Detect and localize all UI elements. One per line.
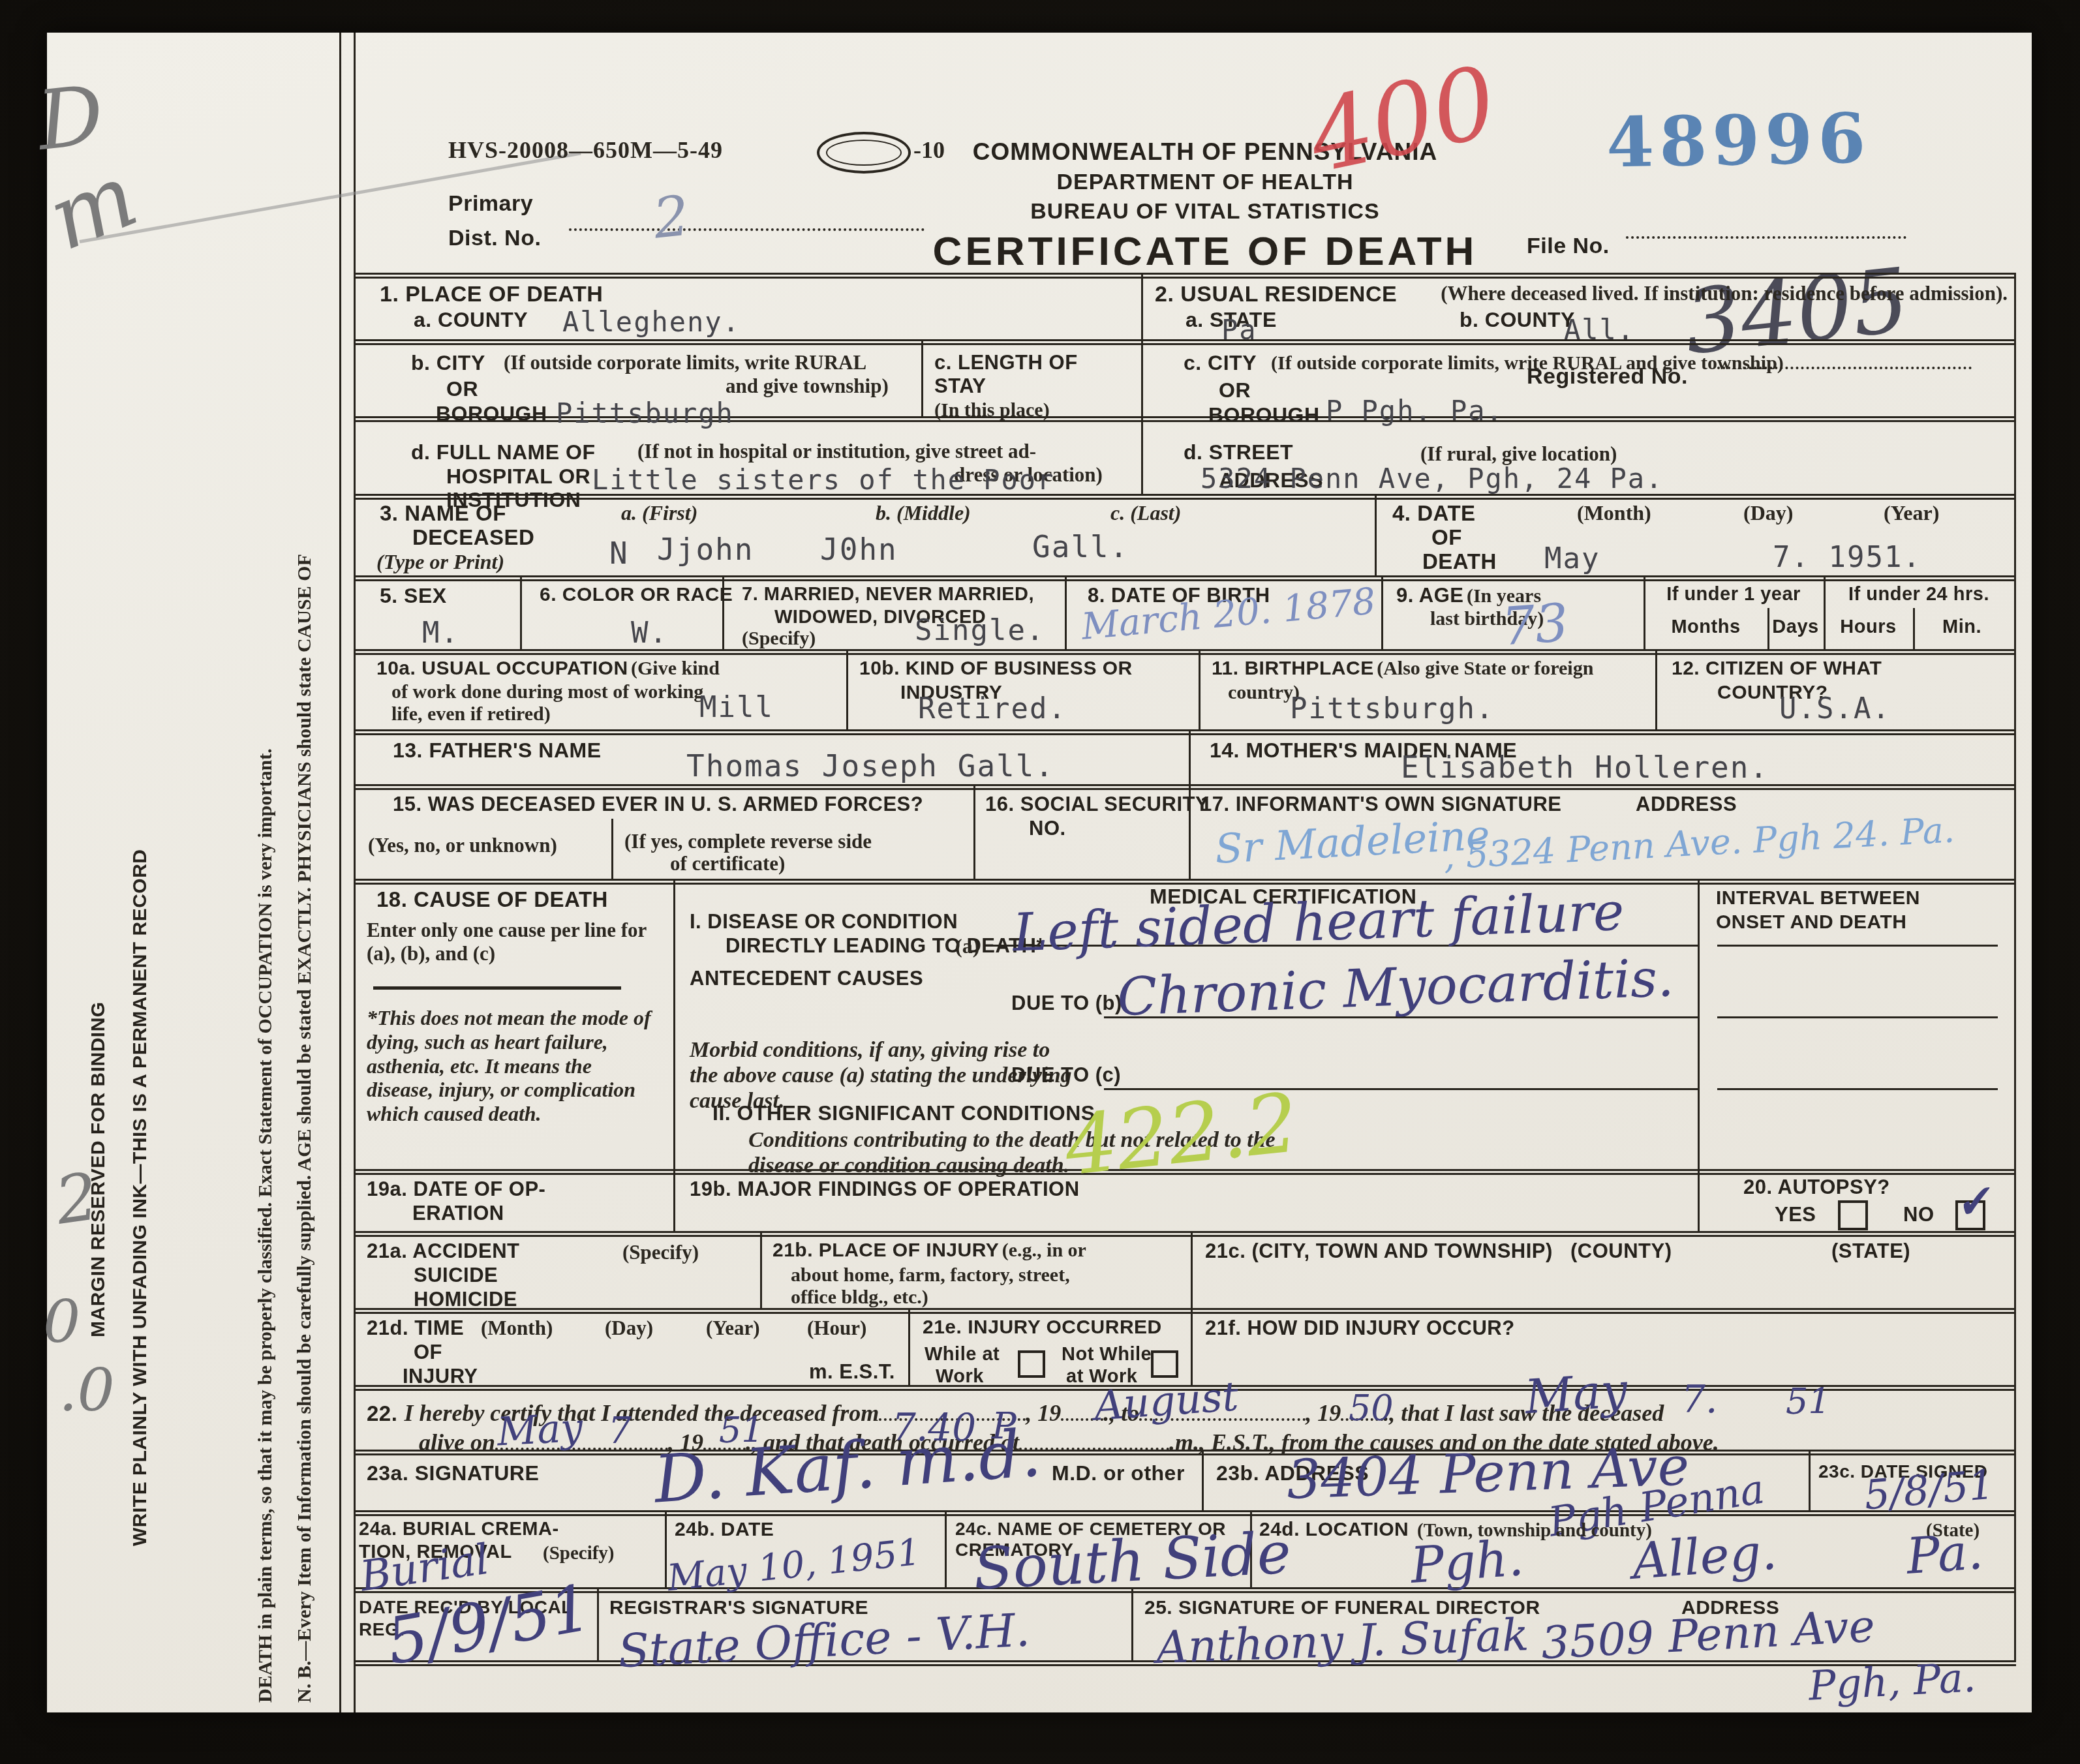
field-3-last-value: Gall. (1032, 530, 1129, 564)
field-6-value: W. (631, 617, 668, 650)
field-23a-md-label: M.D. or other (1052, 1461, 1185, 1485)
field-10a-paren3: life, even if retired) (391, 703, 551, 726)
field-11-paren1: (Also give State or foreign (1377, 658, 1593, 679)
field-2-title: 2. USUAL RESIDENCE (1155, 282, 1397, 307)
field-21c-county-label: (COUNTY) (1570, 1239, 1672, 1263)
field-4-value-dayyear: 7. 1951. (1773, 541, 1921, 575)
field-6-label: 6. COLOR OR RACE (540, 584, 733, 607)
field-12-value: U.S.A. (1779, 693, 1891, 726)
rule-v (1131, 1587, 1133, 1660)
field-1b-paren2: and give township) (726, 374, 889, 398)
field-12-label: 12. CITIZEN OF WHAT (1672, 658, 1882, 680)
field-21b-paren1: (e.g., in or (1002, 1239, 1086, 1261)
field-21a-specify: (Specify) (622, 1241, 699, 1264)
rule-v (973, 784, 975, 879)
field-9-days-label: Days (1767, 616, 1824, 638)
field-3-middle-value: J0hn (820, 532, 898, 567)
attended-from-value: August (1093, 1373, 1240, 1429)
field-19a-label2: ERATION (412, 1202, 504, 1225)
field-1a-value: Allegheny. (562, 307, 741, 338)
field-20-label: 20. AUTOPSY? (1743, 1176, 1890, 1199)
interval-label: INTERVAL BETWEEN (1716, 887, 1920, 910)
attended-from-year: 50 (1349, 1388, 1394, 1429)
margin-binding-note: MARGIN RESERVED FOR BINDING (87, 685, 110, 1337)
field-22-number: 22. (367, 1401, 397, 1425)
field-13-value: Thomas Joseph Gall. (686, 749, 1054, 783)
field-9-under24-label: If under 24 hrs. (1826, 584, 2012, 605)
rule-v (908, 1308, 910, 1385)
field-5-value: M. (422, 617, 459, 650)
rule-v (673, 879, 675, 1231)
field-22-text1: I hereby certify that I attended the dec… (404, 1400, 879, 1426)
dotted-line (1626, 236, 1906, 239)
field-2c-or: OR (1219, 378, 1251, 403)
rule-v (1199, 649, 1201, 729)
rule-v (921, 339, 923, 416)
field-4-year-label: (Year) (1884, 501, 1939, 525)
field-21b-label: 21b. PLACE OF INJURY (772, 1239, 999, 1261)
field-18b-value: Chronic Myocarditis. (1116, 948, 1675, 1027)
field-18a-value: Left sided heart failure (1012, 882, 1625, 964)
field-3b-label: b. (Middle) (876, 501, 971, 525)
due-to-b-label: DUE TO (b) (1011, 992, 1122, 1015)
field-21d-day: (Day) (605, 1316, 653, 1340)
rule-v (2014, 273, 2016, 1662)
field-3c-label: c. (Last) (1110, 501, 1181, 525)
rule-h (1717, 1088, 1998, 1090)
funeral-director-address2: Pgh, Pa. (1807, 1654, 1977, 1709)
field-9-months-label: Months (1645, 616, 1766, 638)
field-1b-or: OR (446, 377, 478, 401)
rule-v (1065, 575, 1067, 649)
file-no-label: File No. (1527, 234, 1610, 259)
rule-v (846, 649, 848, 729)
field-3-value-prefix: N (609, 536, 629, 571)
field-18a-tag: (a) (955, 934, 979, 958)
alive-on-day: 7 (608, 1410, 632, 1452)
field-7-label: 7. MARRIED, NEVER MARRIED, (742, 584, 1034, 605)
field-3-title: 3. NAME OF (380, 501, 506, 526)
rule-v (1809, 1450, 1811, 1510)
field-16-label: 16. SOCIAL SECURITY (985, 793, 1209, 816)
field-10b-label: 10b. KIND OF BUSINESS OR (859, 658, 1133, 680)
field-1b-paren: (If outside corporate limits, write RURA… (504, 351, 866, 374)
field-10a-paren1: (Give kind (631, 658, 720, 679)
rule-h (354, 575, 2016, 581)
field-2c-value: P Pgh. Pa. (1326, 395, 1504, 427)
certificate-paper: MARGIN RESERVED FOR BINDING WRITE PLAINL… (47, 33, 2032, 1712)
field-24d-label: 24d. LOCATION (1259, 1519, 1409, 1542)
form-number: HVS-20008—650M—5-49 (448, 137, 723, 164)
field-19a-label: 19a. DATE OF OP- (367, 1178, 545, 1201)
field-4-month-label: (Month) (1577, 501, 1651, 525)
field-1c-label: c. LENGTH OF STAY (934, 351, 1124, 397)
field-1b-label: b. CITY (411, 351, 485, 375)
location-town-value: Pgh. (1409, 1529, 1525, 1594)
field-21b-paren3: office bldg., etc.) (791, 1286, 928, 1309)
field-5-label: 5. SEX (380, 584, 447, 608)
field-21c-state-label: (STATE) (1831, 1239, 1910, 1263)
field-9-value: 73 (1500, 593, 1570, 658)
rule-h (354, 1308, 2016, 1314)
field-23a-label: 23a. SIGNATURE (367, 1461, 539, 1485)
field-2c-label: c. CITY (1184, 351, 1257, 375)
field-2d-value: 5324 Penn Ave, Pgh, 24 Pa. (1201, 463, 1663, 494)
field-4-value-month: May (1544, 543, 1600, 576)
field-21e-notwhile-label: Not While (1062, 1344, 1152, 1365)
autopsy-no-checkmark: ✔ (1951, 1177, 1995, 1230)
field-21d-label: 21d. TIME (367, 1316, 464, 1340)
field-18-ii-label: II. OTHER SIGNIFICANT CONDITIONS (712, 1101, 1095, 1125)
dist-no-label: Dist. No. (448, 226, 541, 251)
dist-no-value: 2 (650, 184, 692, 251)
field-10b-value: Retired. (918, 693, 1067, 726)
field-20-yes-label: YES (1775, 1203, 1816, 1226)
primary-label: Primary (448, 191, 533, 217)
rule-h (354, 273, 2016, 279)
field-19b-label: 19b. MAJOR FINDINGS OF OPERATION (690, 1178, 1080, 1201)
bureau-line: BUREAU OF VITAL STATISTICS (814, 199, 1597, 224)
location-state-value: Pa. (1904, 1523, 1985, 1585)
field-4-day-label: (Day) (1743, 501, 1793, 525)
field-17-address-value: , 5324 Penn Ave. Pgh 24. Pa. (1443, 810, 1955, 877)
margin-nb-note-line2: DEATH in plain terms, so that it may be … (254, 248, 277, 1703)
margin-nb-note-line1: N. B.—Every Item of Information should b… (294, 248, 316, 1703)
rule-h (354, 784, 2016, 790)
field-18-i-label2: DIRECTLY LEADING TO DEATH* (726, 934, 1045, 958)
rule-v (1141, 273, 1143, 494)
field-24a-specify: (Specify) (543, 1543, 615, 1564)
field-4-title3: DEATH (1422, 549, 1497, 574)
rule-h (373, 986, 621, 990)
field-1d-paren: (If not in hospital or institution, give… (637, 440, 1036, 463)
field-18-note2: *This does not mean the mode of dying, s… (367, 1006, 660, 1126)
rule-v (760, 1231, 762, 1308)
field-10a-paren2: of work done during most of working (391, 681, 703, 704)
field-24b-label: 24b. DATE (675, 1519, 774, 1542)
pencil-mark: 0 (43, 1288, 80, 1356)
field-3-type-print: (Type or Print) (376, 550, 504, 574)
field-21e-while-label2: Work (936, 1366, 984, 1388)
field-2c-borough: BOROUGH (1208, 403, 1320, 427)
field-21f-label: 21f. HOW DID INJURY OCCUR? (1205, 1316, 1515, 1340)
rule-v (597, 1587, 599, 1660)
due-to-c-label: DUE TO (c) (1011, 1063, 1121, 1087)
field-2b-label: b. COUNTY (1460, 308, 1575, 332)
rule-v (1202, 1450, 1204, 1510)
field-1d-value: Little sisters of the Poor (592, 464, 1054, 496)
rule-v (354, 33, 356, 1712)
field-7-value: Single. (915, 615, 1045, 648)
field-10a-label: 10a. USUAL OCCUPATION (376, 658, 628, 679)
attended-to-year: 51 (1786, 1382, 1831, 1422)
field-9-label: 9. AGE (1396, 584, 1464, 607)
field-22-text4: , 19 (1306, 1400, 1341, 1426)
field-11-paren2: country) (1228, 682, 1300, 705)
field-9-under1yr-label: If under 1 year (1647, 584, 1820, 605)
file-number-stamp: 48996 (1606, 99, 1871, 182)
margin-ink-note: WRITE PLAINLY WITH UNFADING INK—THIS IS … (129, 437, 151, 1546)
rule-v (520, 575, 522, 649)
field-1c-paren: (In this place) (934, 399, 1117, 422)
rule-v (339, 33, 341, 1712)
field-15-paren1: (Yes, no, or unknown) (368, 834, 557, 857)
field-15-paren3: of certificate) (670, 852, 785, 875)
antecedent-causes-label: ANTECEDENT CAUSES (690, 967, 923, 990)
field-21a-label2: SUICIDE (414, 1264, 498, 1287)
field-18-title: 18. CAUSE OF DEATH (376, 887, 608, 912)
injury-while-at-work-checkbox (1018, 1350, 1045, 1378)
field-1d-label2: HOSPITAL OR (446, 464, 590, 489)
pencil-mark: .0 (59, 1357, 115, 1425)
autopsy-yes-checkbox (1838, 1200, 1868, 1230)
field-1b-value: Pittsburgh (556, 398, 734, 429)
field-21a-label3: HOMICIDE (414, 1288, 517, 1311)
rule-v (611, 819, 613, 879)
rule-v (1698, 879, 1700, 1231)
rule-v (945, 1510, 947, 1587)
field-21d-year: (Year) (706, 1316, 760, 1340)
location-county-value: Alleg. (1630, 1523, 1779, 1590)
rule-v (1381, 575, 1383, 649)
field-15-label: 15. WAS DECEASED EVER IN U. S. ARMED FOR… (393, 793, 923, 816)
field-18-note1: Enter only one cause per line for (a), (… (367, 919, 657, 965)
field-11-value: Pittsburgh. (1290, 693, 1494, 726)
field-9-hours-label: Hours (1824, 616, 1913, 638)
field-21d-injury: INJURY (403, 1365, 478, 1388)
rule-h (1717, 945, 1998, 947)
field-11-label: 11. BIRTHPLACE (1212, 658, 1374, 679)
field-21b-paren2: about home, farm, factory, street, (791, 1264, 1070, 1287)
field-2c-paren: (If outside corporate limits, write RURA… (1271, 352, 1784, 375)
field-17-address-label: ADDRESS (1636, 793, 1737, 816)
rule-h (354, 1231, 2016, 1237)
field-21c-label: 21c. (CITY, TOWN AND TOWNSHIP) (1205, 1239, 1553, 1263)
field-17-label: 17. INFORMANT'S OWN SIGNATURE (1201, 793, 1561, 816)
injury-not-while-at-work-checkbox (1151, 1350, 1178, 1378)
field-18-i-label: I. DISEASE OR CONDITION (690, 910, 958, 934)
field-3-title2: DECEASED (412, 525, 534, 550)
field-24a-label: 24a. BURIAL CREMA- (359, 1519, 559, 1540)
field-3-first-value: Jjohn (657, 532, 754, 567)
rule-v (1375, 494, 1377, 575)
rule-v (1655, 649, 1657, 729)
field-7-specify: (Specify) (742, 628, 816, 650)
attended-to-value: May (1523, 1363, 1629, 1425)
department-line: DEPARTMENT OF HEALTH (814, 170, 1597, 195)
field-2d-label: d. STREET (1184, 440, 1293, 464)
field-4-title2: OF (1431, 525, 1462, 550)
field-1a-label: a. COUNTY (414, 308, 528, 332)
death-certificate-scan: MARGIN RESERVED FOR BINDING WRITE PLAINL… (0, 0, 2080, 1764)
field-2b-value: All. (1564, 314, 1635, 346)
field-21e-while-label: While at (925, 1344, 1000, 1365)
dotted-blank (1019, 1429, 1169, 1450)
rule-v (1191, 1231, 1193, 1385)
field-2a-value: Pa (1221, 314, 1257, 346)
field-14-value: Elisabeth Holleren. (1401, 750, 1769, 785)
field-20-no-label: NO (1903, 1203, 1935, 1226)
field-16-label2: NO. (1029, 817, 1066, 840)
field-15-paren2: (If yes, complete reverse side (624, 830, 872, 853)
field-4-title: 4. DATE (1392, 501, 1476, 526)
rule-h (354, 649, 2016, 655)
field-21d-hour: (Hour) (807, 1316, 866, 1340)
field-13-label: 13. FATHER'S NAME (393, 738, 602, 763)
field-3a-label: a. (First) (621, 501, 697, 525)
field-9-min-label: Min. (1913, 616, 2011, 638)
field-21a-label: 21a. ACCIDENT (367, 1239, 519, 1263)
field-1-title: 1. PLACE OF DEATH (380, 282, 603, 307)
field-1b-borough: BOROUGH (436, 402, 547, 426)
field-21e-label: 21e. INJURY OCCURRED (923, 1316, 1162, 1339)
field-21d-est: m. E.S.T. (809, 1360, 895, 1384)
field-22-text6: alive on (419, 1429, 495, 1455)
field-21d-of: OF (414, 1341, 442, 1364)
rule-h (354, 339, 2016, 345)
field-10a-value: Mill (699, 692, 774, 725)
alive-on-value: May (496, 1406, 584, 1455)
field-21d-month: (Month) (481, 1316, 553, 1340)
rule-h (354, 879, 2016, 885)
field-1d-label: d. FULL NAME OF (411, 440, 595, 464)
funeral-director-address: 3509 Penn Ave (1540, 1602, 1876, 1670)
interval-label2: ONSET AND DEATH (1716, 911, 1907, 934)
attended-to-day: 7. (1681, 1378, 1717, 1422)
rule-h (1717, 1016, 1998, 1018)
field-2-paren: (Where deceased lived. If institution: r… (1427, 282, 2008, 305)
rule-h (354, 729, 2016, 735)
